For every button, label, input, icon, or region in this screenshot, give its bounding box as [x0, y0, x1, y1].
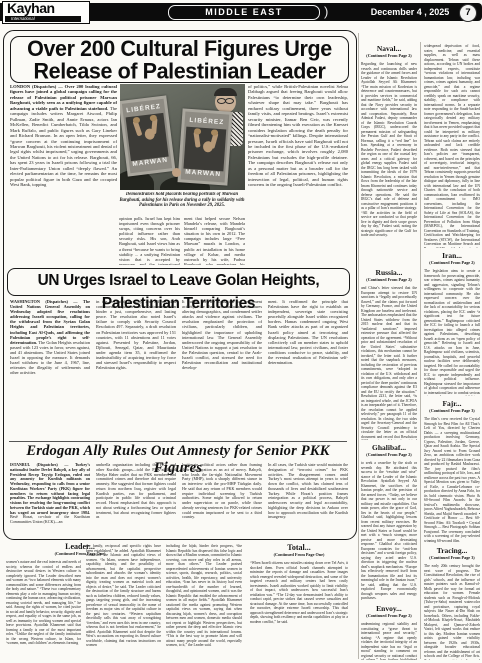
fist — [194, 128, 201, 134]
logo-title: Kayhan — [3, 2, 89, 15]
article3-column-1: ISTANBUL (Dispatches) — Turkey’s nationa… — [10, 463, 90, 535]
article1-lead: LONDON (Dispatches) — Over 200 leading c… — [10, 84, 117, 111]
ghalibaf-continuation-title: Ghalibaf... — [361, 443, 417, 452]
article1-column-1: LONDON (Dispatches) — Over 200 leading c… — [10, 84, 117, 265]
fajr-continuation-subtitle: (Continued From Page 3) — [424, 408, 480, 413]
article1-column-3: of politics,” while British-Palestinian … — [248, 84, 348, 265]
placard-left-poster: LIBÉREZ MARWAN — [122, 99, 172, 174]
fist — [211, 129, 218, 135]
article2-column-3: It called for the cessation of settlemen… — [182, 299, 262, 439]
total-continuation-body: “When Israeli citizens saw missiles rain… — [250, 561, 348, 660]
leader-column-2: the family, reciprocal and specific righ… — [86, 544, 161, 659]
article1-col1-text: The campaign includes writers Margaret A… — [10, 106, 117, 187]
glasses-icon — [217, 98, 226, 104]
naval-body-column-a: Regarding the launching of new vessels a… — [361, 62, 417, 264]
pill-paren-decoration: ) — [324, 4, 328, 19]
article3-divider — [9, 441, 347, 442]
leader-column-3: including the hijab, hinder their progre… — [166, 544, 242, 659]
newspaper-page: Kayhan International MIDDLE EAST ) Decem… — [0, 0, 482, 663]
holding-hand — [172, 168, 181, 177]
naval-continuation-title: Naval... — [361, 44, 417, 53]
logo-subtitle: International — [5, 16, 81, 22]
total-continuation-title: Total... — [250, 543, 348, 552]
column-rule — [358, 33, 359, 659]
article3-lead: ISTANBUL (Dispatches) — Turkey’s nationa… — [10, 463, 90, 515]
tracing-continuation-title: Tracing... — [424, 546, 480, 555]
article2-lead: WASHINGTON (Dispatches) — The United Nat… — [10, 299, 90, 345]
newspaper-logo: Kayhan International — [2, 1, 90, 24]
russia-continuation-subtitle: (Continued From Page 2) — [361, 277, 417, 282]
fajr-continuation-body: The film’s crew received the Crystal Sim… — [424, 417, 480, 543]
article2-col1-text: The Golan Heights resolution passed with… — [10, 340, 90, 376]
section-label: MIDDLE EAST — [168, 5, 320, 20]
article2-headline-box: UN Urges Israel to Leave Golan Heights, … — [7, 268, 350, 296]
issue-date: December 4 , 2025 — [366, 6, 454, 19]
placard-text-liberez: LIBÉREZ — [185, 117, 229, 127]
leader-column-1: women’s nature and the real interests an… — [6, 560, 81, 659]
photo-caption: Demonstrators hold placards bearing port… — [118, 192, 246, 214]
placard-left: LIBÉREZ MARWAN — [120, 95, 175, 176]
naval-body-column-b: widespread deprivation of food, water, m… — [424, 44, 480, 248]
iran-continuation-body: The legislation aims to create a framewo… — [424, 269, 480, 396]
placard-right-poster: LIBÉREZ MARWAN — [181, 112, 230, 183]
placard-portrait — [183, 127, 226, 172]
fajr-continuation-title: Fajr... — [424, 399, 480, 408]
glasses-icon — [225, 98, 234, 104]
portrait-face — [144, 128, 155, 140]
ghalibaf-continuation-body: to seek a ceasefire by the sixth or seve… — [361, 461, 417, 601]
column-rule — [420, 42, 421, 659]
article1-headline-line1: Over 200 Cultural Figures Urge — [11, 38, 348, 60]
envoy-continuation-subtitle: (Continued From Page 2) — [361, 613, 417, 618]
portrait-face — [203, 141, 214, 153]
demonstrator-cap — [214, 88, 237, 96]
ghalibaf-continuation-subtitle: (Continued From Page 2) — [361, 452, 417, 457]
article1-headline-box: Over 200 Cultural Figures Urge Release o… — [10, 36, 349, 83]
article1-headline-line2: Release of Palestinian Leader — [11, 61, 348, 83]
page-number-badge: 7 — [459, 4, 477, 22]
fist — [133, 117, 141, 124]
tracing-continuation-body: The early 20th century brought the next … — [424, 564, 480, 660]
total-continuation-subtitle: (Continued From Page One) — [250, 552, 348, 557]
article2-column-1: WASHINGTON (Dispatches) — The United Nat… — [10, 299, 90, 439]
article2-column-2: in the occupied territory, and affirms t… — [96, 299, 176, 439]
iran-continuation-title: Iran... — [424, 251, 480, 260]
article3-column-4: In all cases, the Turkish state would ma… — [268, 463, 348, 535]
russia-continuation-body: and China’s letter stressed that the Eur… — [361, 286, 417, 440]
article1-mid-left-column: opinion polls. Israel has kept him impri… — [119, 216, 180, 265]
envoy-continuation-title: Envoy... — [361, 604, 417, 613]
article3-column-2: umbrella organization including the PKK … — [96, 463, 176, 535]
placard-right: LIBÉREZ MARWAN — [177, 108, 232, 185]
naval-continuation-subtitle: (Continued From Page 2) — [361, 53, 417, 58]
tracing-continuation-subtitle: (Continued From Page 3) — [424, 555, 480, 560]
article1-mid-right-column: ment that helped secure Nelson Mandela’s… — [184, 216, 245, 265]
article3-col1-text: Besê Hozat, co-chair of the Kurdistan Co… — [10, 514, 90, 524]
article3-column-3: legitimate political actors rather than … — [182, 463, 262, 535]
envoy-continuation-body: undermining regional stability and const… — [361, 622, 417, 660]
article2-column-4: ment. It reaffirmed the principle that P… — [268, 299, 348, 439]
russia-continuation-title: Russia... — [361, 268, 417, 277]
iran-continuation-subtitle: (Continued From Page 2) — [424, 260, 480, 265]
rally-photo: LIBÉREZ MARWAN LIBÉREZ — [120, 84, 245, 190]
placard-portrait — [126, 113, 169, 161]
